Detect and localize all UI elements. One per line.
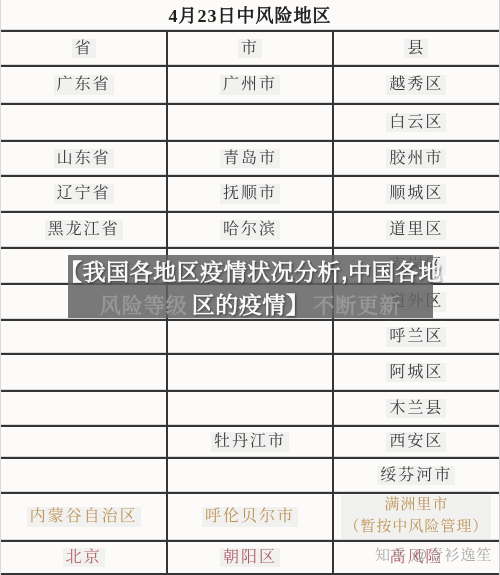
cell-city: 哈尔滨 bbox=[166, 213, 331, 247]
cell-city bbox=[166, 392, 331, 425]
cell-county: 满洲里市 （暂按中风险管理） bbox=[332, 494, 499, 540]
cell-province bbox=[1, 105, 166, 140]
col-header-county: 县 bbox=[332, 32, 499, 65]
col-header-city: 市 bbox=[166, 32, 331, 65]
cell-province: 辽宁省 bbox=[1, 177, 166, 211]
cell-county: 胶州市 bbox=[332, 142, 499, 175]
caption-line1: 【我国各地区疫情状况分析,中国各地 bbox=[59, 254, 442, 287]
table-row: 白云区 bbox=[1, 103, 499, 140]
cell-county: 越秀区 bbox=[332, 67, 499, 103]
cell-county: 道里区 bbox=[332, 213, 499, 247]
cell-province: 北京 bbox=[1, 542, 166, 573]
cell-city: 牡丹江市 bbox=[166, 427, 331, 457]
table-row: 呼兰区 bbox=[1, 319, 499, 353]
caption-line2-text: 区的疫情】 bbox=[192, 287, 310, 320]
cell-province bbox=[1, 321, 166, 353]
cell-province bbox=[1, 392, 166, 425]
table-row: 牡丹江市 西安区 bbox=[1, 425, 499, 457]
cell-province bbox=[1, 459, 166, 492]
cell-city: 广州市 bbox=[166, 67, 331, 103]
risk-area-table-image: 4月23日中风险地区 省 市 县 广东省 广州市 越秀区 白云区 山东省 青岛市… bbox=[0, 0, 500, 575]
cell-province: 内蒙谷自治区 bbox=[1, 494, 166, 540]
cell-county: 阿城区 bbox=[332, 355, 499, 390]
table-header-row: 省 市 县 bbox=[1, 30, 499, 65]
cell-city bbox=[166, 105, 331, 140]
cell-province bbox=[1, 355, 166, 390]
cell-city bbox=[166, 321, 331, 353]
cell-county: 白云区 bbox=[332, 105, 499, 140]
cell-city: 朝阳区 bbox=[166, 542, 331, 573]
cell-county: 木兰县 bbox=[332, 392, 499, 425]
table-row: 木兰县 bbox=[1, 390, 499, 425]
caption-overlay: 【我国各地区疫情状况分析,中国各地 风险等级 区的疫情】 不断更新 bbox=[68, 255, 433, 318]
caption-line2: 风险等级 区的疫情】 不断更新 bbox=[100, 287, 402, 320]
cell-city: 呼伦贝尔市 bbox=[166, 494, 331, 540]
table-row: 阿城区 bbox=[1, 353, 499, 390]
table-row: 山东省 青岛市 胶州市 bbox=[1, 140, 499, 175]
cell-province: 黑龙江省 bbox=[1, 213, 166, 247]
table-row: 内蒙谷自治区 呼伦贝尔市 满洲里市 （暂按中风险管理） bbox=[1, 492, 499, 540]
cell-county: 绥芬河市 bbox=[332, 459, 499, 492]
table-title: 4月23日中风险地区 bbox=[1, 0, 499, 30]
cell-city bbox=[166, 459, 331, 492]
cell-city bbox=[166, 355, 331, 390]
background-caption-right: 不断更新 bbox=[313, 290, 401, 320]
cell-city: 青岛市 bbox=[166, 142, 331, 175]
cell-county: 顺城区 bbox=[332, 177, 499, 211]
table-row: 黑龙江省 哈尔滨 道里区 bbox=[1, 211, 499, 247]
cell-province: 山东省 bbox=[1, 142, 166, 175]
table-row: 绥芬河市 bbox=[1, 457, 499, 492]
caption-line1-text: 【我国各地区疫情状况分析,中国各地 bbox=[59, 254, 442, 287]
cell-city: 抚顺市 bbox=[166, 177, 331, 211]
cell-county: 西安区 bbox=[332, 427, 499, 457]
cell-county: 呼兰区 bbox=[332, 321, 499, 353]
col-header-province: 省 bbox=[1, 32, 166, 65]
table-title-text: 4月23日中风险地区 bbox=[169, 2, 332, 28]
background-caption-left: 风险等级 bbox=[100, 290, 188, 320]
table-row: 广东省 广州市 越秀区 bbox=[1, 65, 499, 103]
cell-province bbox=[1, 427, 166, 457]
cell-province: 广东省 bbox=[1, 67, 166, 103]
table-row: 辽宁省 抚顺市 顺城区 bbox=[1, 175, 499, 211]
zhihu-watermark: 知乎 @青衫逸笙 bbox=[375, 544, 492, 565]
